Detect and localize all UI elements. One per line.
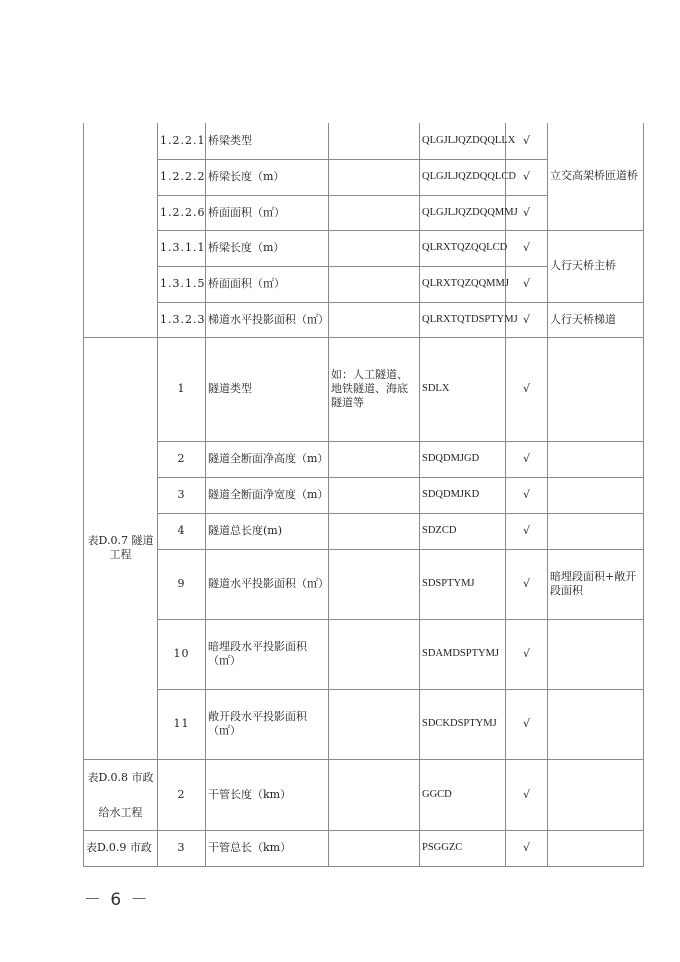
item-remark [548,619,644,689]
table-row: 表D.0.8 市政给水工程 2 干管长度（km） GGCD √ [84,759,644,830]
item-number: 2 [158,759,206,830]
check-mark: √ [506,830,548,866]
item-remark [548,830,644,866]
item-code: SDQDMJGD [420,441,506,477]
item-name: 隧道全断面净高度（m） [206,441,329,477]
indicator-table: 1.2.2.1 桥梁类型 QLGJLJQZDQQLLX √ 立交高架桥匝道桥 1… [83,123,644,867]
check-mark: √ [506,759,548,830]
table-group-label: 表D.0.8 市政给水工程 [84,759,158,830]
item-remark [548,689,644,759]
item-name: 桥梁长度（m） [206,230,329,266]
item-code: QLRXTQZQQLCD [420,230,506,266]
table-group-label: 表D.0.7 隧道工程 [84,337,158,759]
item-name: 隧道全断面净宽度（m） [206,477,329,513]
item-note [329,830,420,866]
item-code: SDZCD [420,513,506,549]
check-mark: √ [506,513,548,549]
item-note [329,159,420,195]
item-name: 敞开段水平投影面积（㎡） [206,689,329,759]
table-group-label: 表D.0.9 市政 [84,830,158,866]
item-note [329,266,420,302]
item-code: SDQDMJKD [420,477,506,513]
check-mark: √ [506,337,548,441]
check-mark: √ [506,619,548,689]
item-note [329,230,420,266]
item-note [329,477,420,513]
item-code: PSGGZC [420,830,506,866]
item-code: GGCD [420,759,506,830]
item-remark [548,759,644,830]
item-note [329,123,420,159]
item-number: 4 [158,513,206,549]
item-number: 1.2.2.6 [158,195,206,230]
item-remark [548,441,644,477]
table-row: 1.2.2.1 桥梁类型 QLGJLJQZDQQLLX √ 立交高架桥匝道桥 [84,123,644,159]
table-row: 1.3.2.3 梯道水平投影面积（㎡） QLRXTQTDSPTYMJ √ 人行天… [84,302,644,337]
item-number: 1.2.2.2 [158,159,206,195]
table-row: 4 隧道总长度(m) SDZCD √ [84,513,644,549]
item-number: 11 [158,689,206,759]
item-note [329,549,420,619]
check-mark: √ [506,689,548,759]
item-name: 干管总长（km） [206,830,329,866]
document-page: 1.2.2.1 桥梁类型 QLGJLJQZDQQLLX √ 立交高架桥匝道桥 1… [0,0,680,962]
item-name: 隧道水平投影面积（㎡） [206,549,329,619]
check-mark: √ [506,441,548,477]
page-number: － 6 － [84,885,150,910]
item-remark: 人行天桥主桥 [548,230,644,302]
table-row: 10 暗埋段水平投影面积（㎡） SDAMDSPTYMJ √ [84,619,644,689]
item-name: 桥梁类型 [206,123,329,159]
item-name: 隧道类型 [206,337,329,441]
item-code: QLGJLJQZDQQLLX [420,123,506,159]
item-number: 3 [158,830,206,866]
item-note [329,759,420,830]
item-number: 9 [158,549,206,619]
check-mark: √ [506,230,548,266]
item-note [329,619,420,689]
item-name: 桥梁长度（m） [206,159,329,195]
item-name: 桥面面积（㎡） [206,195,329,230]
table-row: 2 隧道全断面净高度（m） SDQDMJGD √ [84,441,644,477]
item-note [329,513,420,549]
item-remark [548,477,644,513]
item-code: QLGJLJQZDQQLCD [420,159,506,195]
table-row: 9 隧道水平投影面积（㎡） SDSPTYMJ √ 暗埋段面积+敞开段面积 [84,549,644,619]
table-row: 表D.0.7 隧道工程 1 隧道类型 如：人工隧道、地铁隧道、海底隧道等 SDL… [84,337,644,441]
item-note: 如：人工隧道、地铁隧道、海底隧道等 [329,337,420,441]
item-code: SDCKDSPTYMJ [420,689,506,759]
table-row: 表D.0.9 市政 3 干管总长（km） PSGGZC √ [84,830,644,866]
item-code: QLRXTQTDSPTYMJ [420,302,506,337]
table-row: 3 隧道全断面净宽度（m） SDQDMJKD √ [84,477,644,513]
item-number: 2 [158,441,206,477]
item-remark [548,513,644,549]
table-row: 1.3.1.1 桥梁长度（m） QLRXTQZQQLCD √ 人行天桥主桥 [84,230,644,266]
item-name: 桥面面积（㎡） [206,266,329,302]
item-number: 1.3.1.1 [158,230,206,266]
item-remark [548,337,644,441]
item-code: SDAMDSPTYMJ [420,619,506,689]
item-remark: 暗埋段面积+敞开段面积 [548,549,644,619]
item-name: 隧道总长度(m) [206,513,329,549]
item-number: 1 [158,337,206,441]
item-code: SDLX [420,337,506,441]
check-mark: √ [506,549,548,619]
item-note [329,302,420,337]
item-note [329,195,420,230]
item-number: 1.3.1.5 [158,266,206,302]
item-code: QLRXTQZQQMMJ [420,266,506,302]
item-name: 暗埋段水平投影面积（㎡） [206,619,329,689]
item-remark: 立交高架桥匝道桥 [548,123,644,230]
table-group-cell [84,123,158,337]
item-number: 10 [158,619,206,689]
item-number: 3 [158,477,206,513]
item-name: 梯道水平投影面积（㎡） [206,302,329,337]
item-number: 1.2.2.1 [158,123,206,159]
item-note [329,689,420,759]
item-number: 1.3.2.3 [158,302,206,337]
check-mark: √ [506,266,548,302]
item-note [329,441,420,477]
item-name: 干管长度（km） [206,759,329,830]
item-code: QLGJLJQZDQQMMJ [420,195,506,230]
item-remark: 人行天桥梯道 [548,302,644,337]
check-mark: √ [506,477,548,513]
table-row: 11 敞开段水平投影面积（㎡） SDCKDSPTYMJ √ [84,689,644,759]
item-code: SDSPTYMJ [420,549,506,619]
